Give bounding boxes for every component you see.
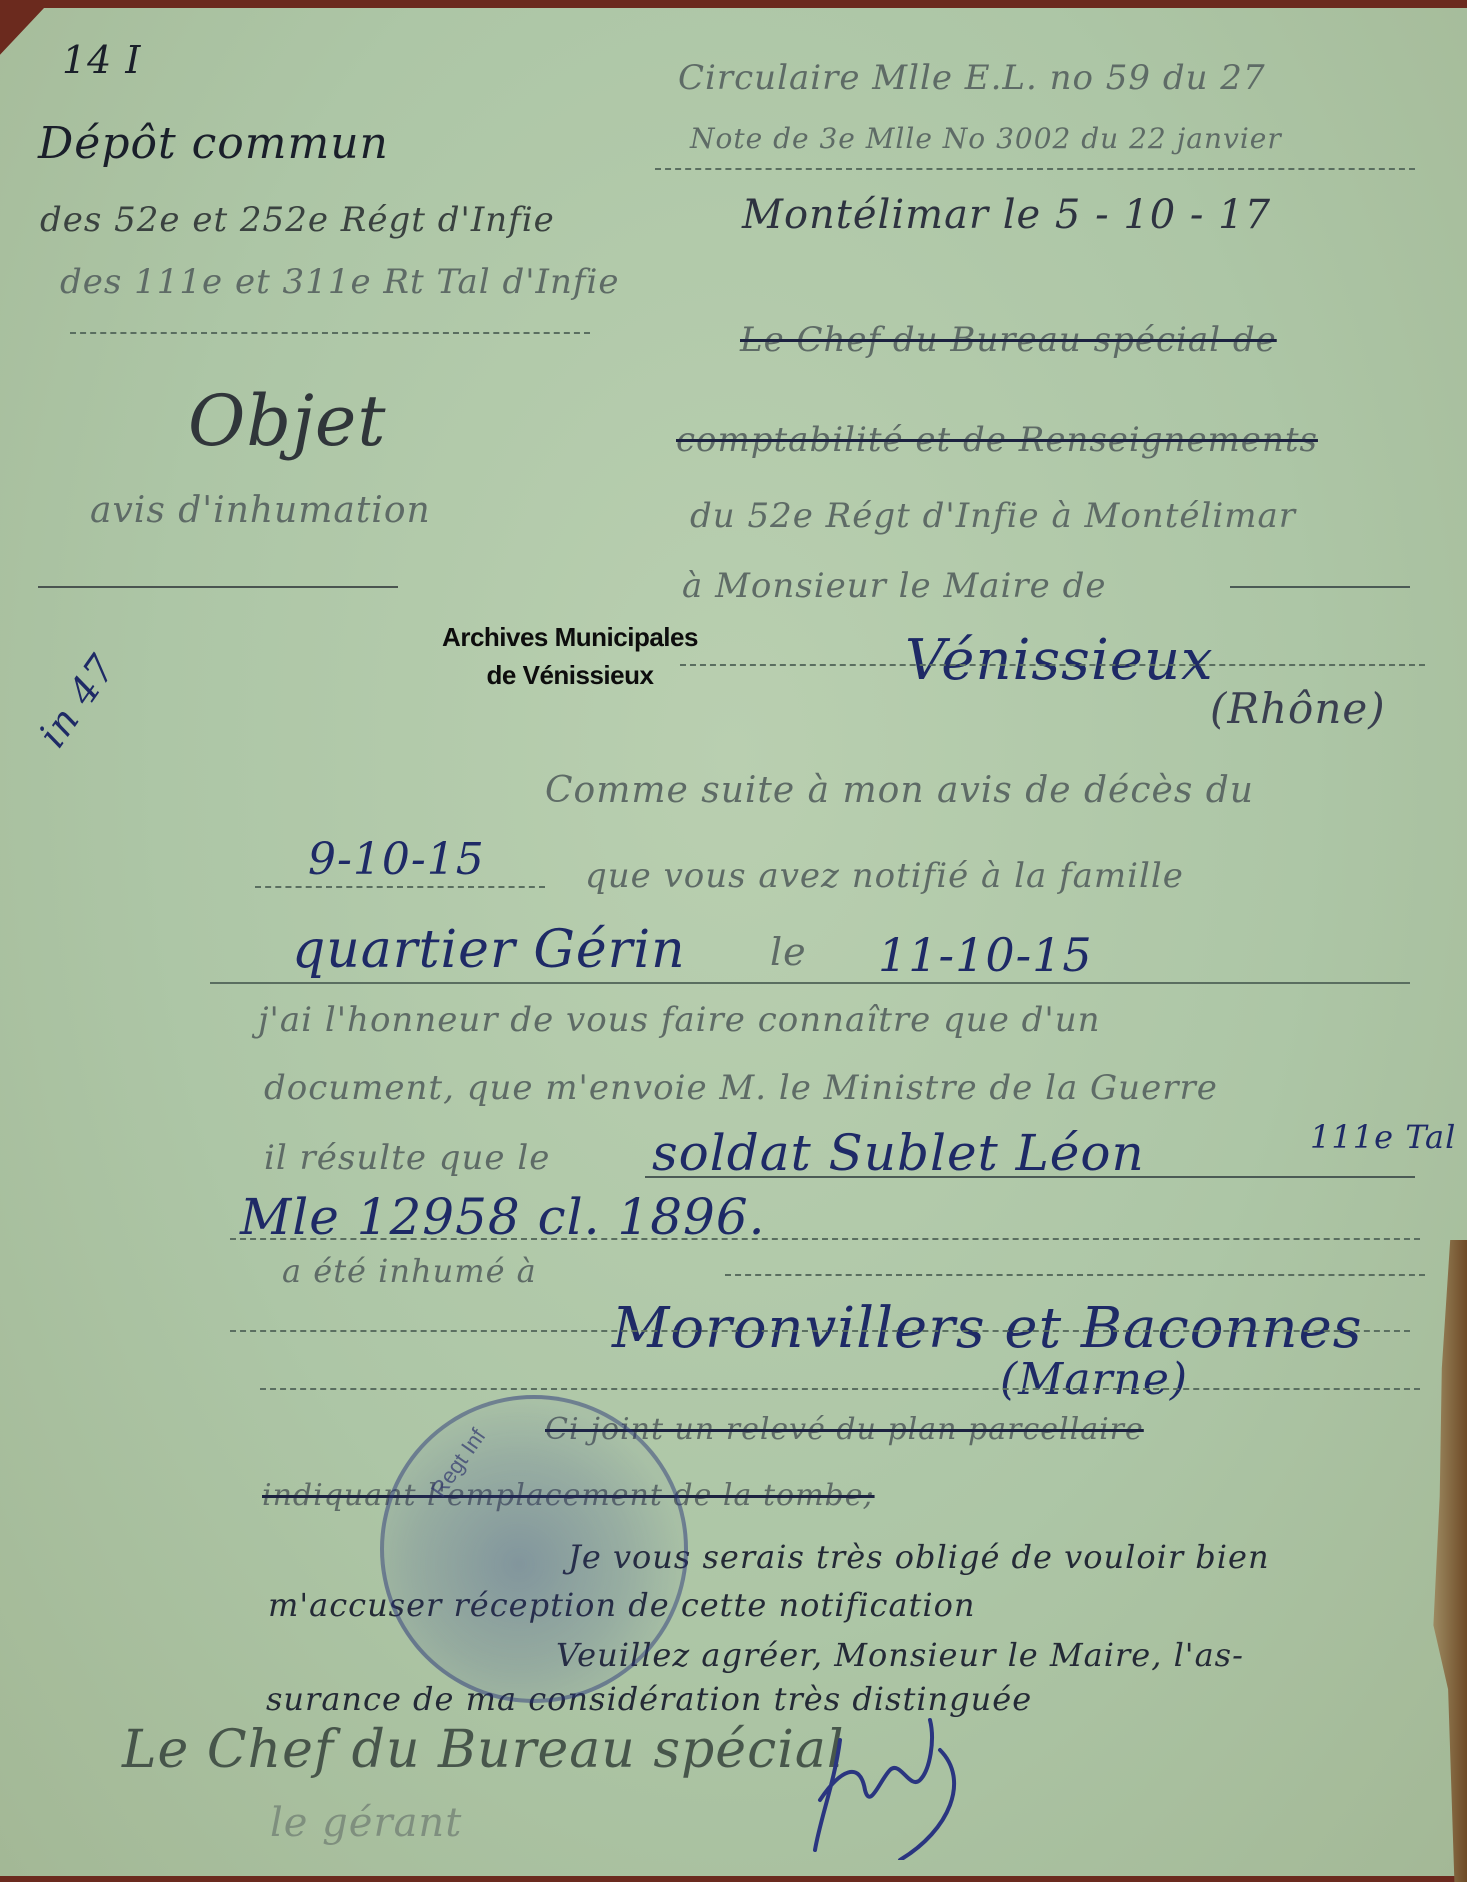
burial-place: Moronvillers et Baconnes <box>612 1296 1363 1361</box>
body-line-5: document, que m'envoie M. le Ministre de… <box>264 1068 1218 1108</box>
archive-stamp: Archives Municipales de Vénissieux <box>400 618 740 694</box>
body-line-4: j'ai l'honneur de vous faire connaître q… <box>258 1000 1101 1040</box>
archive-stamp-line-1: Archives Municipales <box>400 618 740 656</box>
soldier-regiment: 111e Tal <box>1310 1118 1456 1156</box>
note-reference: Note de 3e Mlle No 3002 du 22 janvier <box>690 122 1282 155</box>
archive-stamp-line-2: de Vénissieux <box>400 656 740 694</box>
notification-date: 11-10-15 <box>878 928 1093 982</box>
sender-line-1-struck: Le Chef du Bureau spécial de <box>740 320 1277 360</box>
fill-line <box>255 886 545 888</box>
signature <box>780 1710 1000 1860</box>
addressee-line: à Monsieur le Maire de <box>682 566 1107 606</box>
soldier-name: soldat Sublet Léon <box>652 1124 1145 1182</box>
fill-line <box>725 1274 1425 1276</box>
fill-line <box>1230 586 1410 588</box>
fill-line <box>645 1176 1415 1178</box>
fill-line <box>260 1388 1420 1390</box>
fill-line <box>230 1238 1420 1240</box>
department-name: (Rhône) <box>1210 684 1386 733</box>
body-line-3-le: le <box>770 930 807 974</box>
burial-department: (Marne) <box>1000 1354 1188 1405</box>
commune-name: Vénissieux <box>905 628 1214 693</box>
place-and-date: Montélimar le 5 - 10 - 17 <box>742 192 1271 238</box>
body-line-8: a été inhumé à <box>282 1252 537 1290</box>
sender-line-2-struck: comptabilité et de Renseignements <box>676 420 1318 460</box>
objet-subject: avis d'inhumation <box>90 490 431 531</box>
separator-line <box>655 168 1415 170</box>
separator-line <box>70 332 590 334</box>
body-line-1: Comme suite à mon avis de décès du <box>545 770 1254 811</box>
regiment-line-2: des 111e et 311e Rt Tal d'Infie <box>60 262 619 302</box>
circulaire-reference: Circulaire Mlle E.L. no 59 du 27 <box>678 58 1266 98</box>
separator-line <box>38 586 398 588</box>
fill-line <box>680 664 1425 666</box>
body-line-6-prefix: il résulte que le <box>264 1138 550 1178</box>
body-line-2: que vous avez notifié à la famille <box>585 856 1184 896</box>
regiment-line-1: des 52e et 252e Régt d'Infie <box>40 200 555 240</box>
death-notice-date: 9-10-15 <box>308 834 485 885</box>
objet-title: Objet <box>188 380 386 462</box>
depot-heading: Dépôt commun <box>38 118 389 169</box>
sender-line-3: du 52e Régt d'Infie à Montélimar <box>690 496 1296 536</box>
fill-line <box>230 1330 1410 1332</box>
family-address: quartier Gérin <box>292 920 686 980</box>
closing-faint-2: le gérant <box>270 1800 462 1846</box>
body-line-13: Veuillez agréer, Monsieur le Maire, l'as… <box>556 1636 1244 1674</box>
regimental-seal <box>380 1395 688 1703</box>
fill-line <box>210 982 1410 984</box>
reference-number: 14 I <box>62 38 141 82</box>
closing-faint: Le Chef du Bureau spécial <box>122 1720 844 1780</box>
